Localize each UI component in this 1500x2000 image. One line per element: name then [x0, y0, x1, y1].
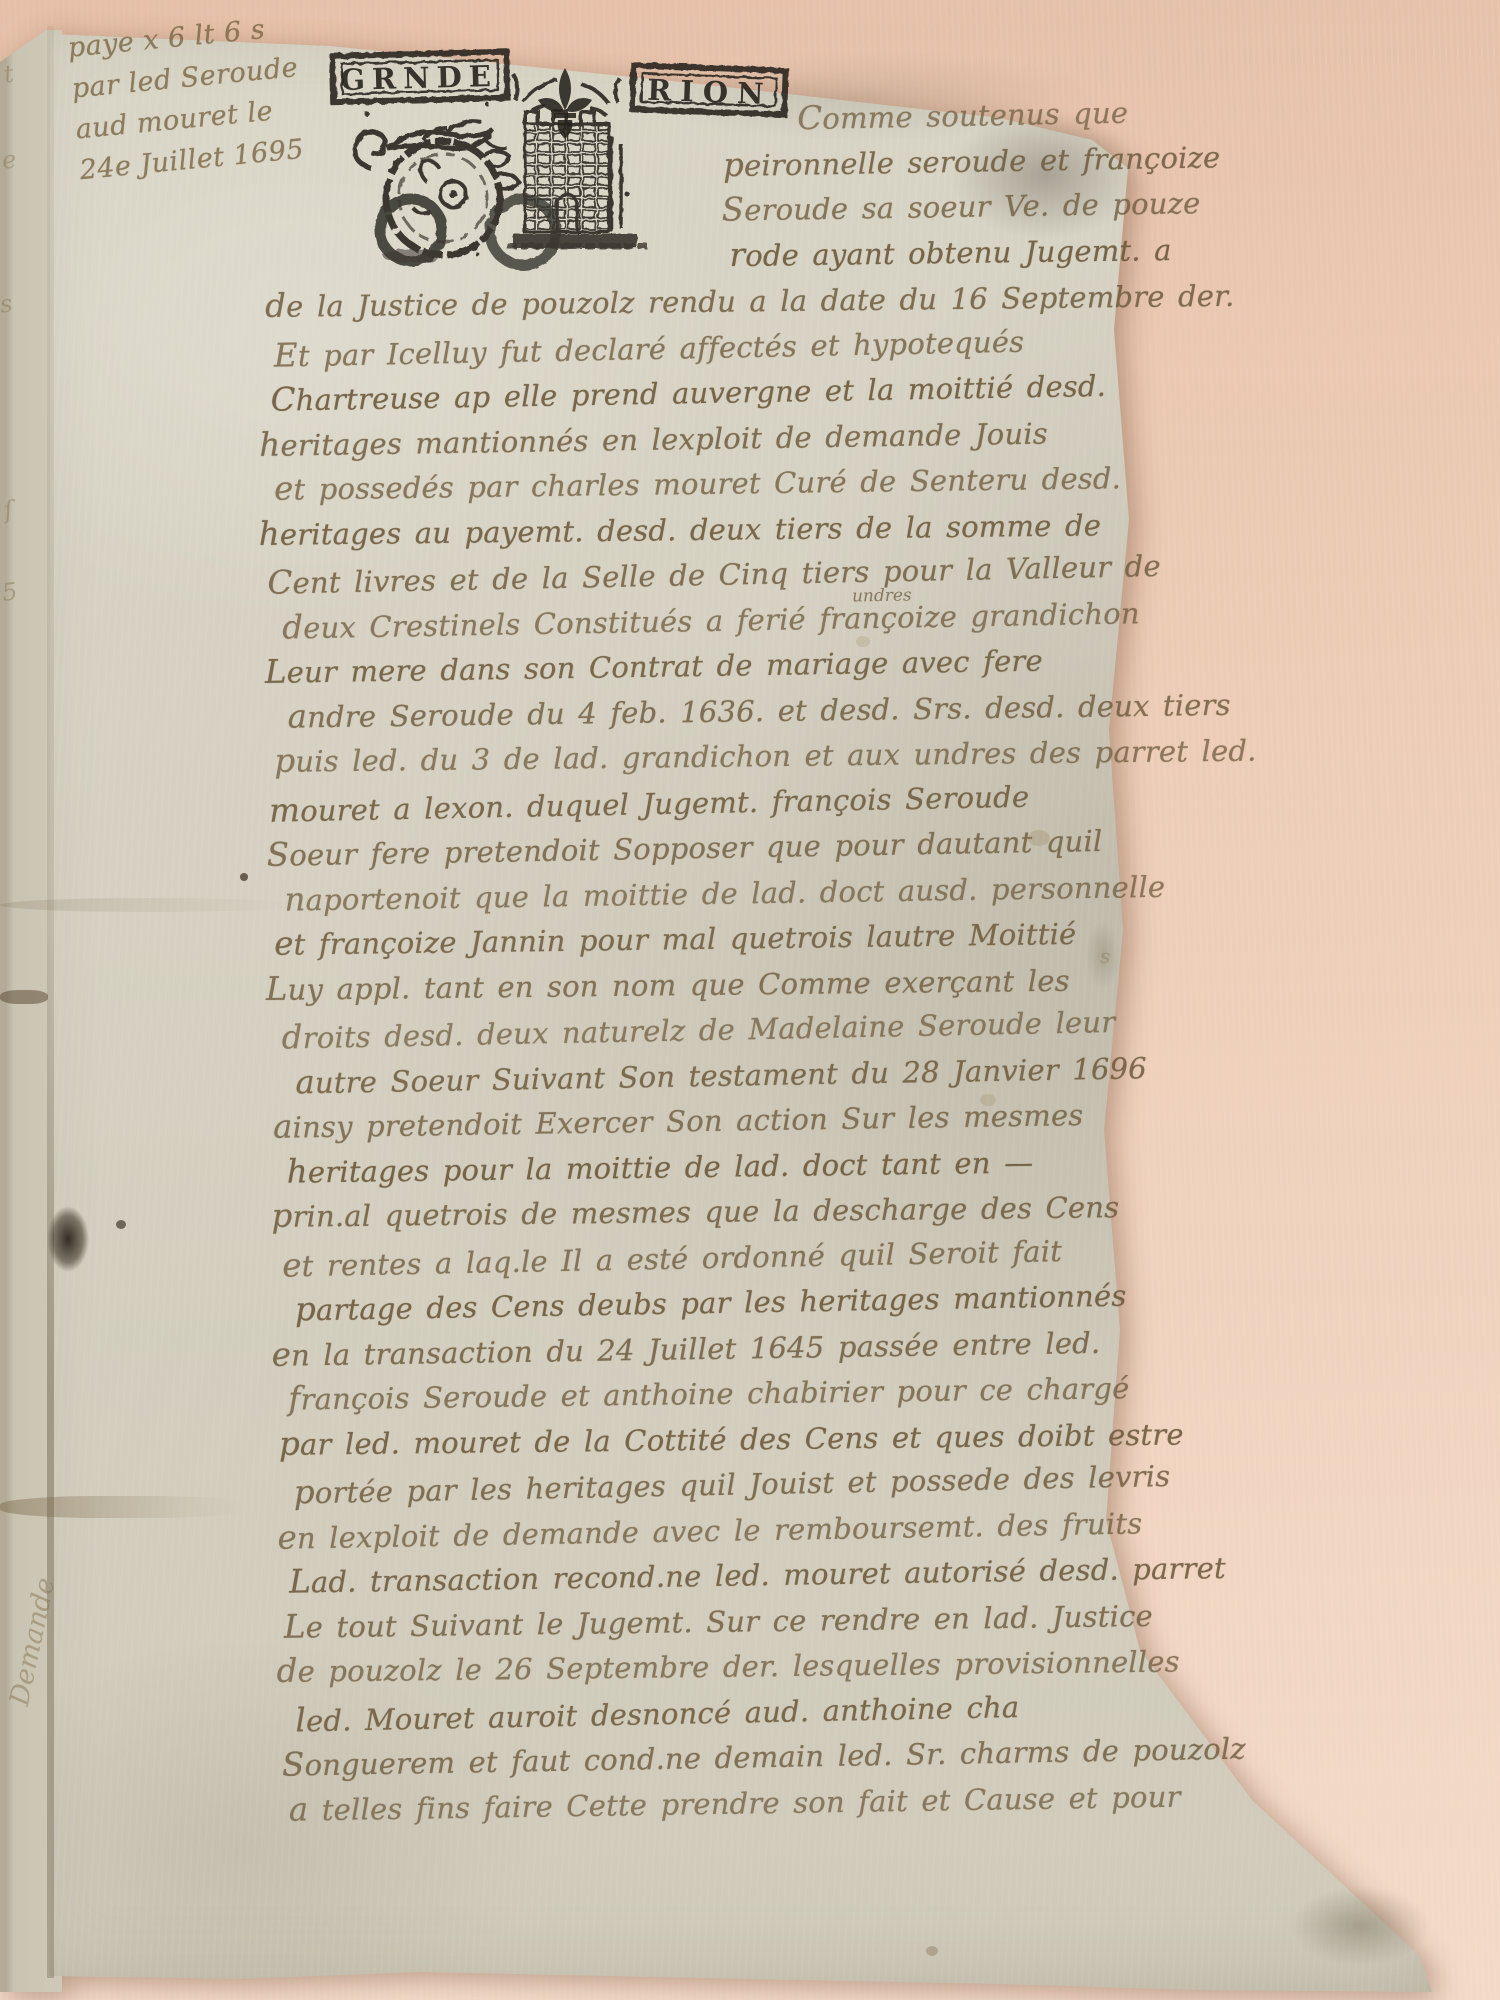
- right-edge-mark: s: [1100, 944, 1110, 968]
- photograph-of-manuscript: GRNDE RION paye x 6 lt 6 spar led Seroud…: [0, 0, 1500, 2000]
- vertical-fold-crease: [47, 26, 54, 1978]
- text-line: Comme soutenus que: [797, 89, 1173, 142]
- body-text: Comme soutenus quepeironnelle seroude et…: [252, 90, 1199, 1833]
- text-line: Seroude sa soeur Ve. de pouze: [721, 181, 1174, 234]
- text-line: rode ayant obtenu Jugemt. a: [729, 226, 1175, 278]
- text-line: peironnelle seroude et françoize: [723, 135, 1174, 189]
- horizontal-crease-stained: [0, 1496, 250, 1518]
- stamp-banner-left-text: GRNDE: [340, 59, 498, 97]
- horizontal-crease-faint: [0, 898, 300, 912]
- interlinear-note: undres: [852, 585, 912, 606]
